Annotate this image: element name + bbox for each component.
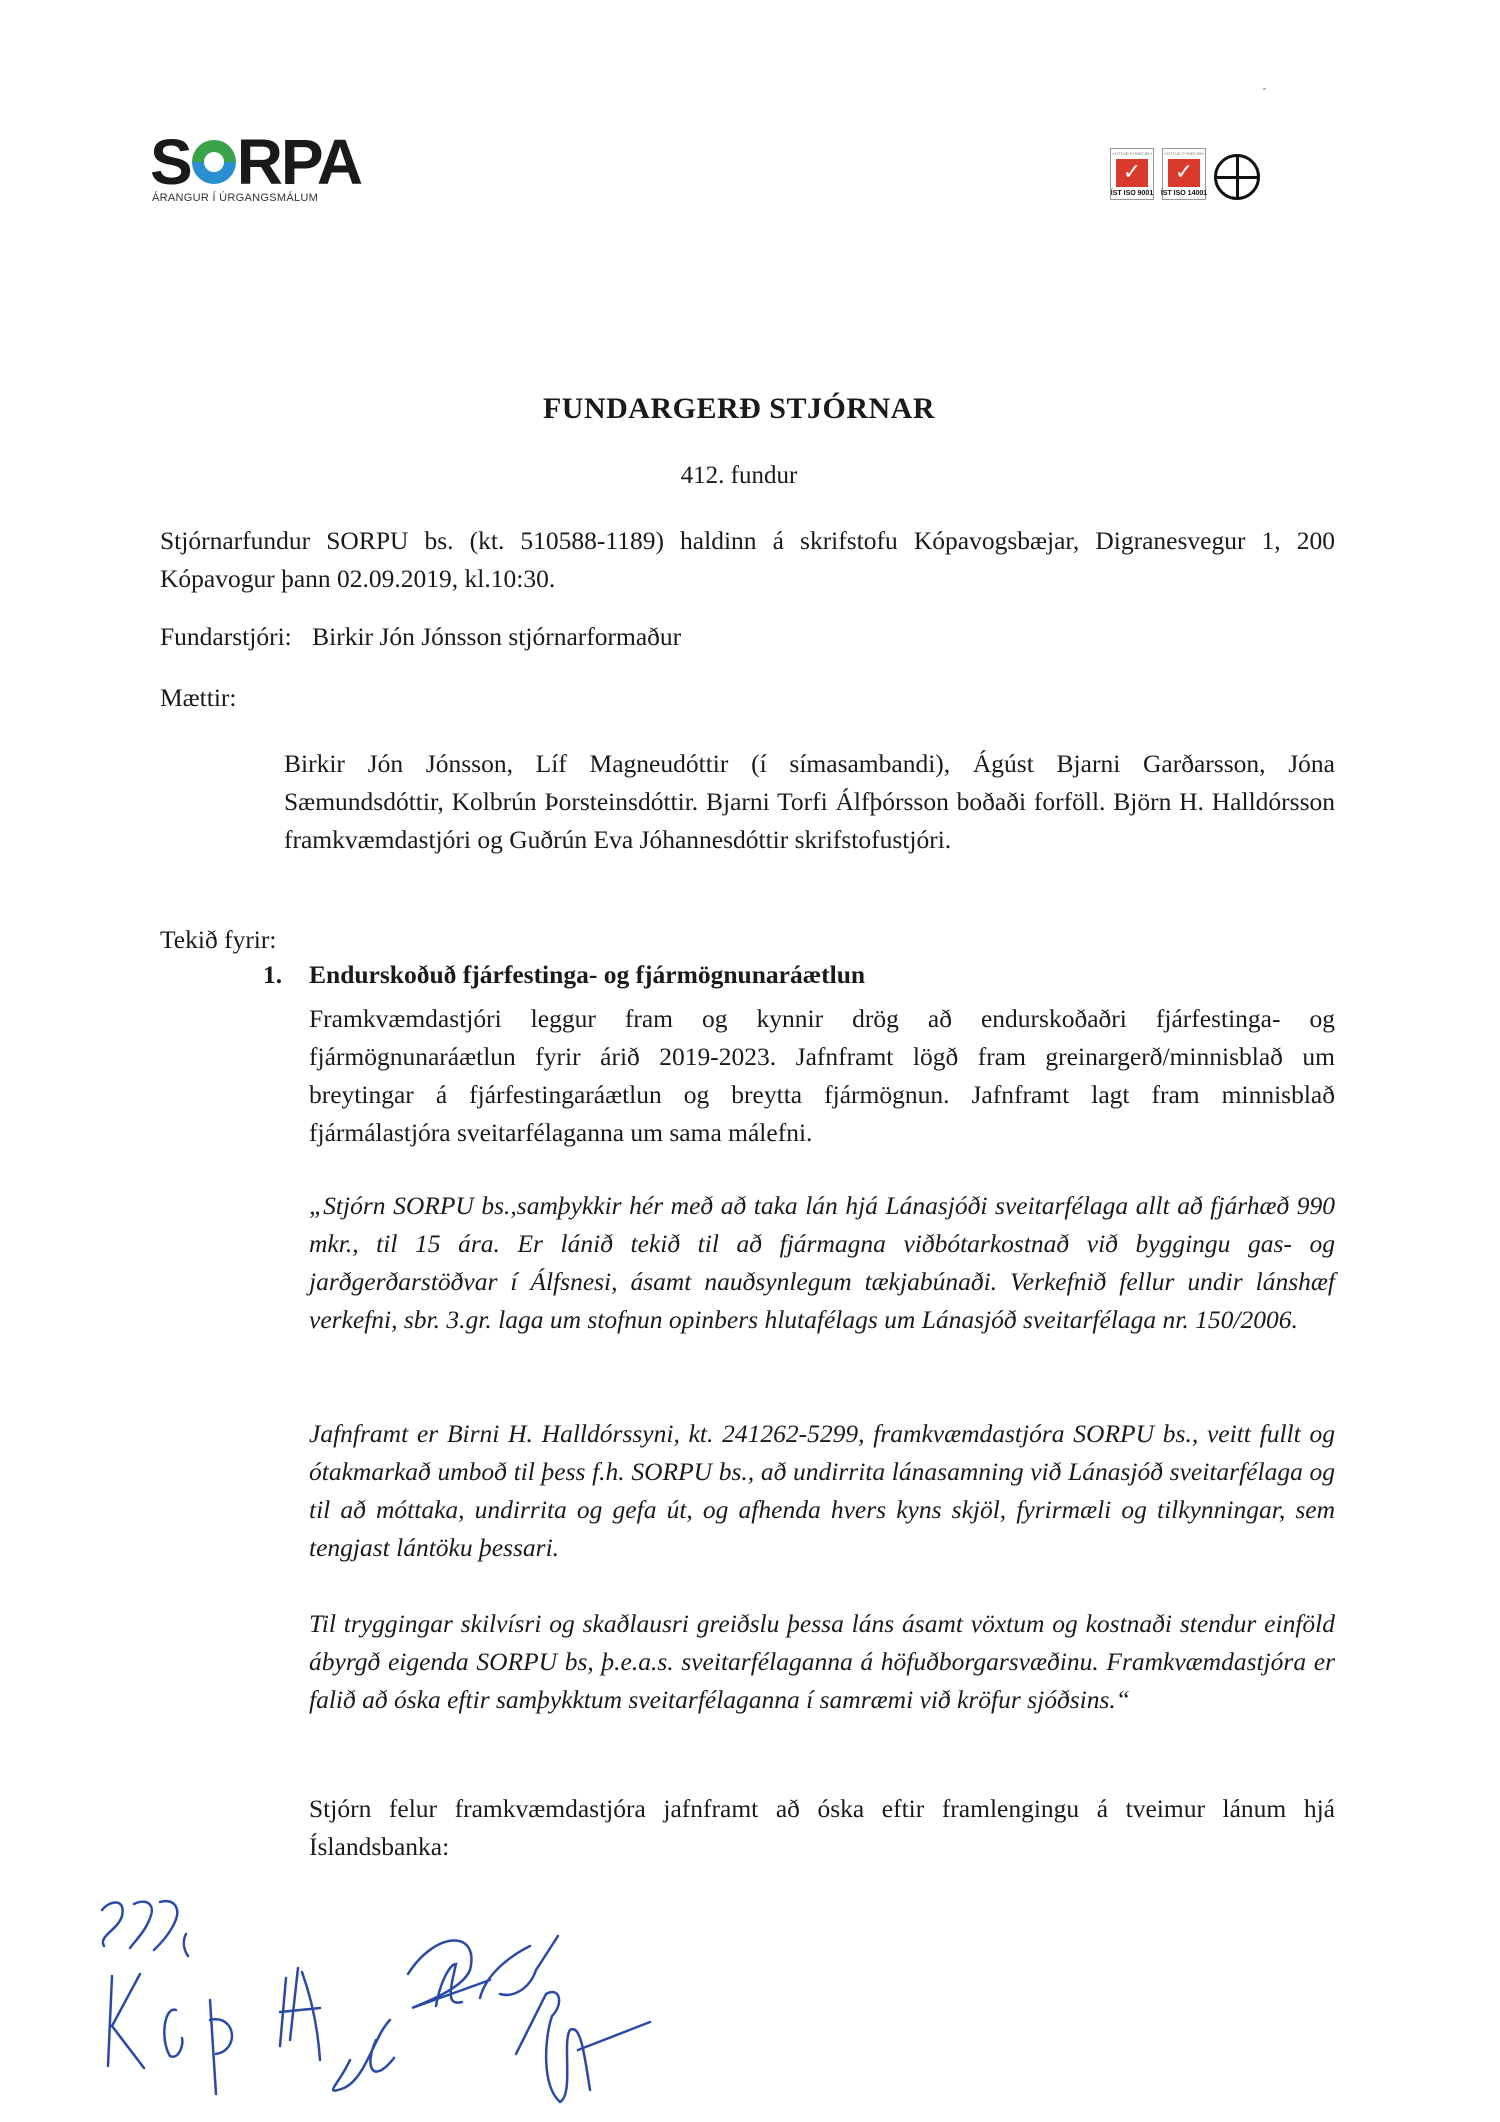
checkmark-icon: ✓ — [1116, 159, 1148, 187]
logo-circle-icon — [192, 140, 236, 184]
resolution-paragraph: „Stjórn SORPU bs.,samþykkir hér með að t… — [309, 1187, 1335, 1339]
initials-kg — [108, 1974, 232, 2094]
attendees-list: Birkir Jón Jónsson, Líf Magneudóttir (í … — [284, 745, 1335, 859]
chair-label: Fundarstjóri: — [160, 622, 292, 651]
initials-js — [333, 2020, 394, 2091]
initials-bhh — [408, 1936, 558, 2008]
iso-14001-badge: VOTTUÐ FYRIRTÆKI ✓ ÍST ISO 14001 — [1162, 148, 1206, 200]
initials-lm — [280, 1968, 320, 2060]
certification-badges: VOTTUÐ FYRIRTÆKI ✓ ÍST ISO 9001 VOTTUÐ F… — [1110, 148, 1260, 200]
badge-top-text: VOTTUÐ FYRIRTÆKI — [1112, 151, 1152, 156]
page-title: FUNDARGERÐ STJÓRNAR — [0, 392, 1478, 426]
logo-wordmark: SRPA — [150, 130, 361, 194]
globe-icon — [1214, 154, 1260, 200]
agenda-item-title: Endurskoðuð fjárfestinga- og fjármögnuna… — [309, 960, 865, 990]
logo-letter-s: S — [150, 126, 191, 198]
badge-label: ÍST ISO 14001 — [1161, 190, 1207, 197]
logo-tagline: ÁRANGUR Í ÚRGANGSMÁLUM — [152, 192, 318, 204]
followup-paragraph: Stjórn felur framkvæmdastjóra jafnframt … — [309, 1790, 1335, 1866]
handwritten-initials — [90, 1890, 710, 2110]
meeting-intro: Stjórnarfundur SORPU bs. (kt. 510588-118… — [160, 522, 1335, 598]
attendees-label: Mættir: — [160, 683, 237, 713]
resolution-paragraph: Til tryggingar skilvísri og skaðlausri g… — [309, 1605, 1335, 1719]
logo-letters-rpa: RPA — [237, 126, 361, 198]
meeting-number: 412. fundur — [0, 462, 1478, 490]
agenda-item-body: Framkvæmdastjóri leggur fram og kynnir d… — [309, 1000, 1335, 1152]
chair-row: Fundarstjóri: Birkir Jón Jónsson stjórna… — [160, 622, 681, 652]
sorpa-logo: SRPA ÁRANGUR Í ÚRGANGSMÁLUM — [150, 130, 370, 210]
resolution-paragraph: Jafnframt er Birni H. Halldórssyni, kt. … — [309, 1415, 1335, 1567]
agenda-item-number: 1. — [263, 960, 282, 990]
scan-speck — [1263, 88, 1266, 90]
badge-label: ÍST ISO 9001 — [1111, 190, 1153, 197]
iso-9001-badge: VOTTUÐ FYRIRTÆKI ✓ ÍST ISO 9001 — [1110, 148, 1154, 200]
badge-top-text: VOTTUÐ FYRIRTÆKI — [1164, 151, 1204, 156]
initials-bjj — [102, 1901, 188, 1956]
chair-value: Birkir Jón Jónsson stjórnarformaður — [312, 622, 681, 651]
initials-abg — [516, 1992, 650, 2102]
checkmark-icon: ✓ — [1168, 159, 1200, 187]
agenda-label: Tekið fyrir: — [160, 925, 276, 955]
